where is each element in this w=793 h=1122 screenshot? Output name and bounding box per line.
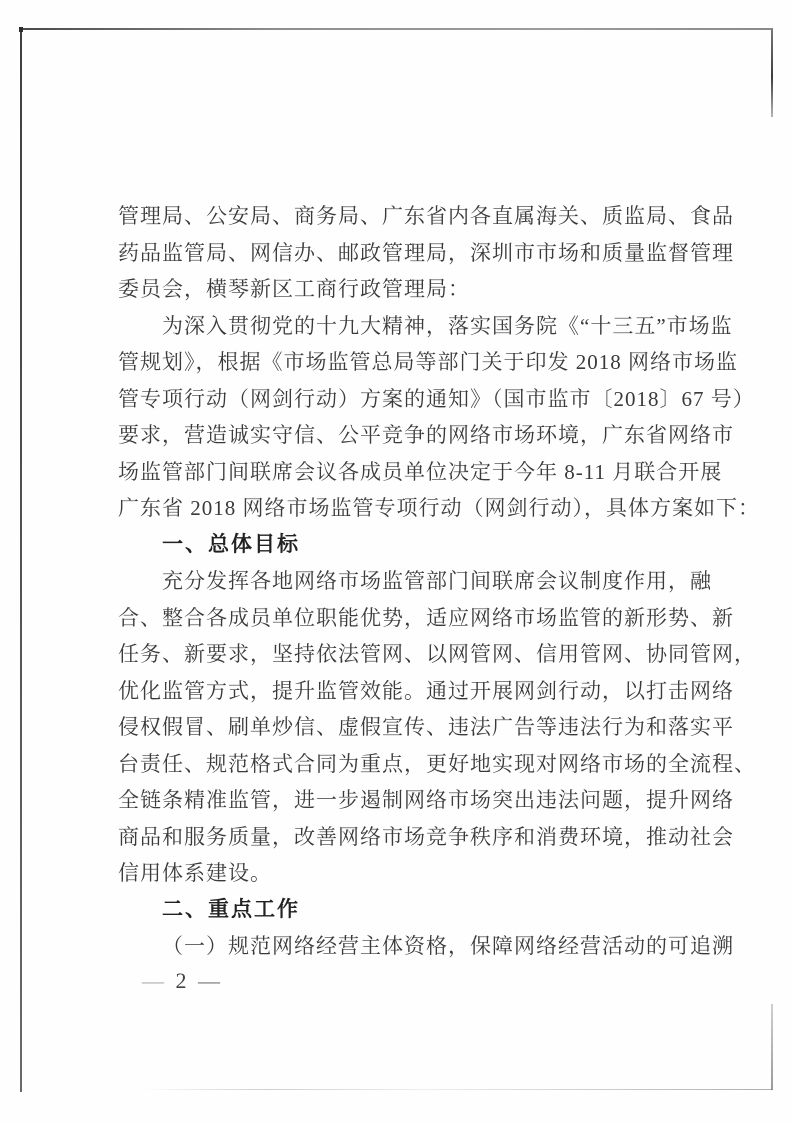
text-line: 为深入贯彻党的十九大精神，落实国务院《“十三五”市场监: [118, 308, 664, 345]
page-border-top: [20, 28, 773, 30]
page-number: — 2 —: [142, 968, 223, 994]
text-line: 管理局、公安局、商务局、广东省内各直属海关、质监局、食品: [118, 198, 664, 235]
text-line: 要求，营造诚实守信、公平竞争的网络市场环境，广东省网络市: [118, 417, 664, 454]
text-line: 管专项行动（网剑行动）方案的通知》（国市监市〔2018〕67 号）: [118, 381, 664, 418]
page-border-right-upper: [771, 29, 773, 117]
page-number-dash-right: —: [198, 968, 223, 993]
document-body: 管理局、公安局、商务局、广东省内各直属海关、质监局、食品 药品监管局、网信办、邮…: [118, 198, 664, 965]
text-line: 台责任、规范格式合同为重点，更好地实现对网络市场的全流程、: [118, 746, 664, 783]
text-line: （一）规范网络经营主体资格，保障网络经营活动的可追溯: [118, 928, 664, 965]
page-number-value: 2: [176, 968, 190, 993]
text-line: 信用体系建设。: [118, 855, 664, 892]
text-line: 侵权假冒、刷单炒信、虚假宣传、违法广告等违法行为和落实平: [118, 709, 664, 746]
text-line: 管规划》，根据《市场监管总局等部门关于印发 2018 网络市场监: [118, 344, 664, 381]
page-border-corner-mark: [19, 27, 23, 32]
text-line: 合、整合各成员单位职能优势，适应网络市场监管的新形势、新: [118, 600, 664, 637]
page-border-right-lower: [771, 1004, 773, 1090]
page-number-dash-left: —: [142, 968, 167, 993]
section-heading-overall-goal: 一、总体目标: [118, 527, 664, 564]
scanned-document-page: 管理局、公安局、商务局、广东省内各直属海关、质监局、食品 药品监管局、网信办、邮…: [0, 0, 793, 1122]
text-line: 充分发挥各地网络市场监管部门间联席会议制度作用，融: [118, 563, 664, 600]
section-heading-key-tasks: 二、重点工作: [118, 892, 664, 929]
text-line: 广东省 2018 网络市场监管专项行动（网剑行动），具体方案如下：: [118, 490, 664, 527]
page-border-left: [20, 28, 22, 1092]
text-line: 商品和服务质量，改善网络市场竞争秩序和消费环境，推动社会: [118, 819, 664, 856]
text-line: 场监管部门间联席会议各成员单位决定于今年 8-11 月联合开展: [118, 454, 664, 491]
text-line: 优化监管方式，提升监管效能。通过开展网剑行动，以打击网络: [118, 673, 664, 710]
page-border-bottom: [140, 1089, 773, 1090]
text-line: 委员会，横琴新区工商行政管理局：: [118, 271, 664, 308]
text-line: 任务、新要求，坚持依法管网、以网管网、信用管网、协同管网，: [118, 636, 664, 673]
text-line: 药品监管局、网信办、邮政管理局，深圳市市场和质量监督管理: [118, 235, 664, 272]
text-line: 全链条精准监管，进一步遏制网络市场突出违法问题，提升网络: [118, 782, 664, 819]
